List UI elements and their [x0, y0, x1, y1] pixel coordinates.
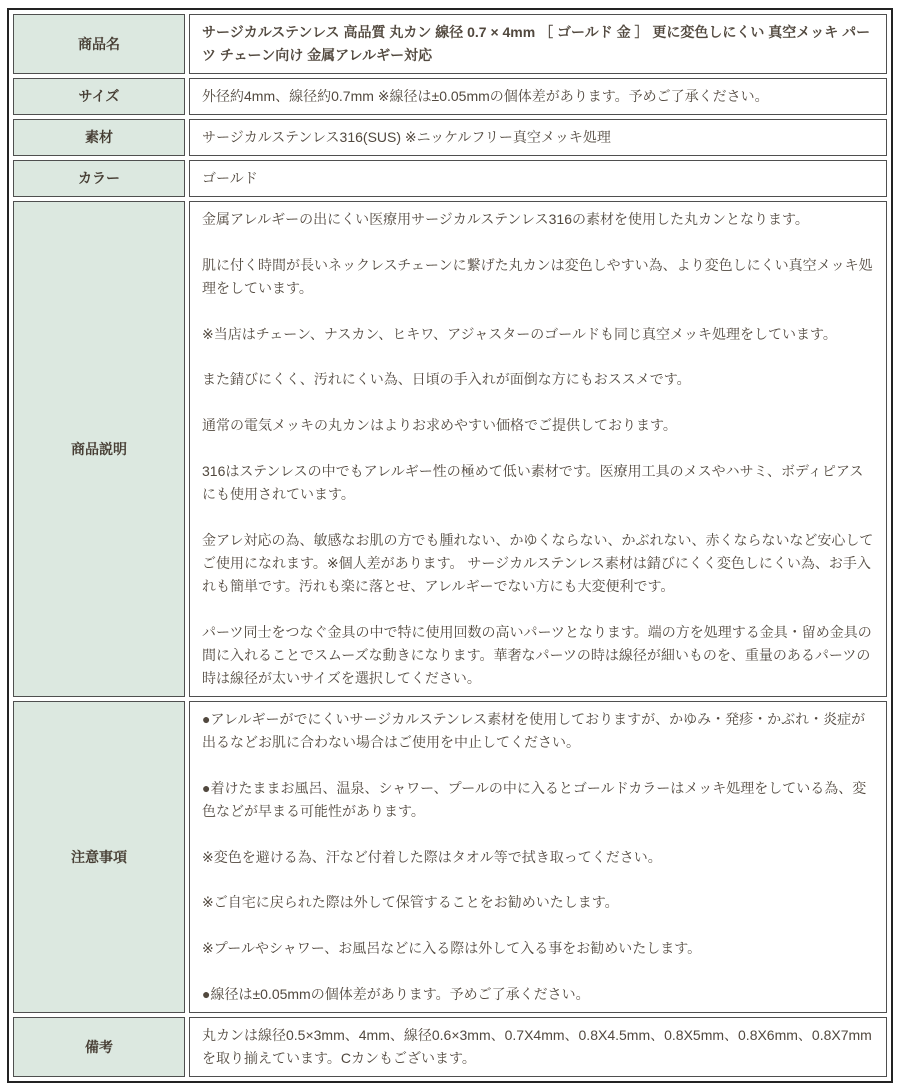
product-spec-table: 商品名 サージカルステンレス 高品質 丸カン 線径 0.7 × 4mm ［ ゴー… — [7, 8, 893, 1083]
spec-row-material: 素材 サージカルステンレス316(SUS) ※ニッケルフリー真空メッキ処理 — [13, 119, 887, 156]
spec-value-caution: ●アレルギーがでにくいサージカルステンレス素材を使用しておりますが、かゆみ・発疹… — [189, 701, 887, 1013]
spec-label-color: カラー — [13, 160, 185, 197]
spec-row-caution: 注意事項 ●アレルギーがでにくいサージカルステンレス素材を使用しておりますが、か… — [13, 701, 887, 1013]
spec-row-size: サイズ 外径約4mm、線径約0.7mm ※線径は±0.05mmの個体差があります… — [13, 78, 887, 115]
product-spec-page: 商品名 サージカルステンレス 高品質 丸カン 線径 0.7 × 4mm ［ ゴー… — [0, 0, 900, 997]
spec-label-material: 素材 — [13, 119, 185, 156]
spec-label-size: サイズ — [13, 78, 185, 115]
spec-value-material: サージカルステンレス316(SUS) ※ニッケルフリー真空メッキ処理 — [189, 119, 887, 156]
spec-value-size: 外径約4mm、線径約0.7mm ※線径は±0.05mmの個体差があります。予めご… — [189, 78, 887, 115]
spec-label-caution: 注意事項 — [13, 701, 185, 1013]
spec-row-product-name: 商品名 サージカルステンレス 高品質 丸カン 線径 0.7 × 4mm ［ ゴー… — [13, 14, 887, 74]
spec-label-notes: 備考 — [13, 1017, 185, 1077]
spec-row-color: カラー ゴールド — [13, 160, 887, 197]
spec-row-notes: 備考 丸カンは線径0.5×3mm、4mm、線径0.6×3mm、0.7X4mm、0… — [13, 1017, 887, 1077]
spec-value-product-name: サージカルステンレス 高品質 丸カン 線径 0.7 × 4mm ［ ゴールド 金… — [189, 14, 887, 74]
spec-row-description: 商品説明 金属アレルギーの出にくい医療用サージカルステンレス316の素材を使用し… — [13, 201, 887, 697]
spec-label-product-name: 商品名 — [13, 14, 185, 74]
spec-value-description: 金属アレルギーの出にくい医療用サージカルステンレス316の素材を使用した丸カンと… — [189, 201, 887, 697]
spec-value-notes: 丸カンは線径0.5×3mm、4mm、線径0.6×3mm、0.7X4mm、0.8X… — [189, 1017, 887, 1077]
spec-value-color: ゴールド — [189, 160, 887, 197]
spec-label-description: 商品説明 — [13, 201, 185, 697]
